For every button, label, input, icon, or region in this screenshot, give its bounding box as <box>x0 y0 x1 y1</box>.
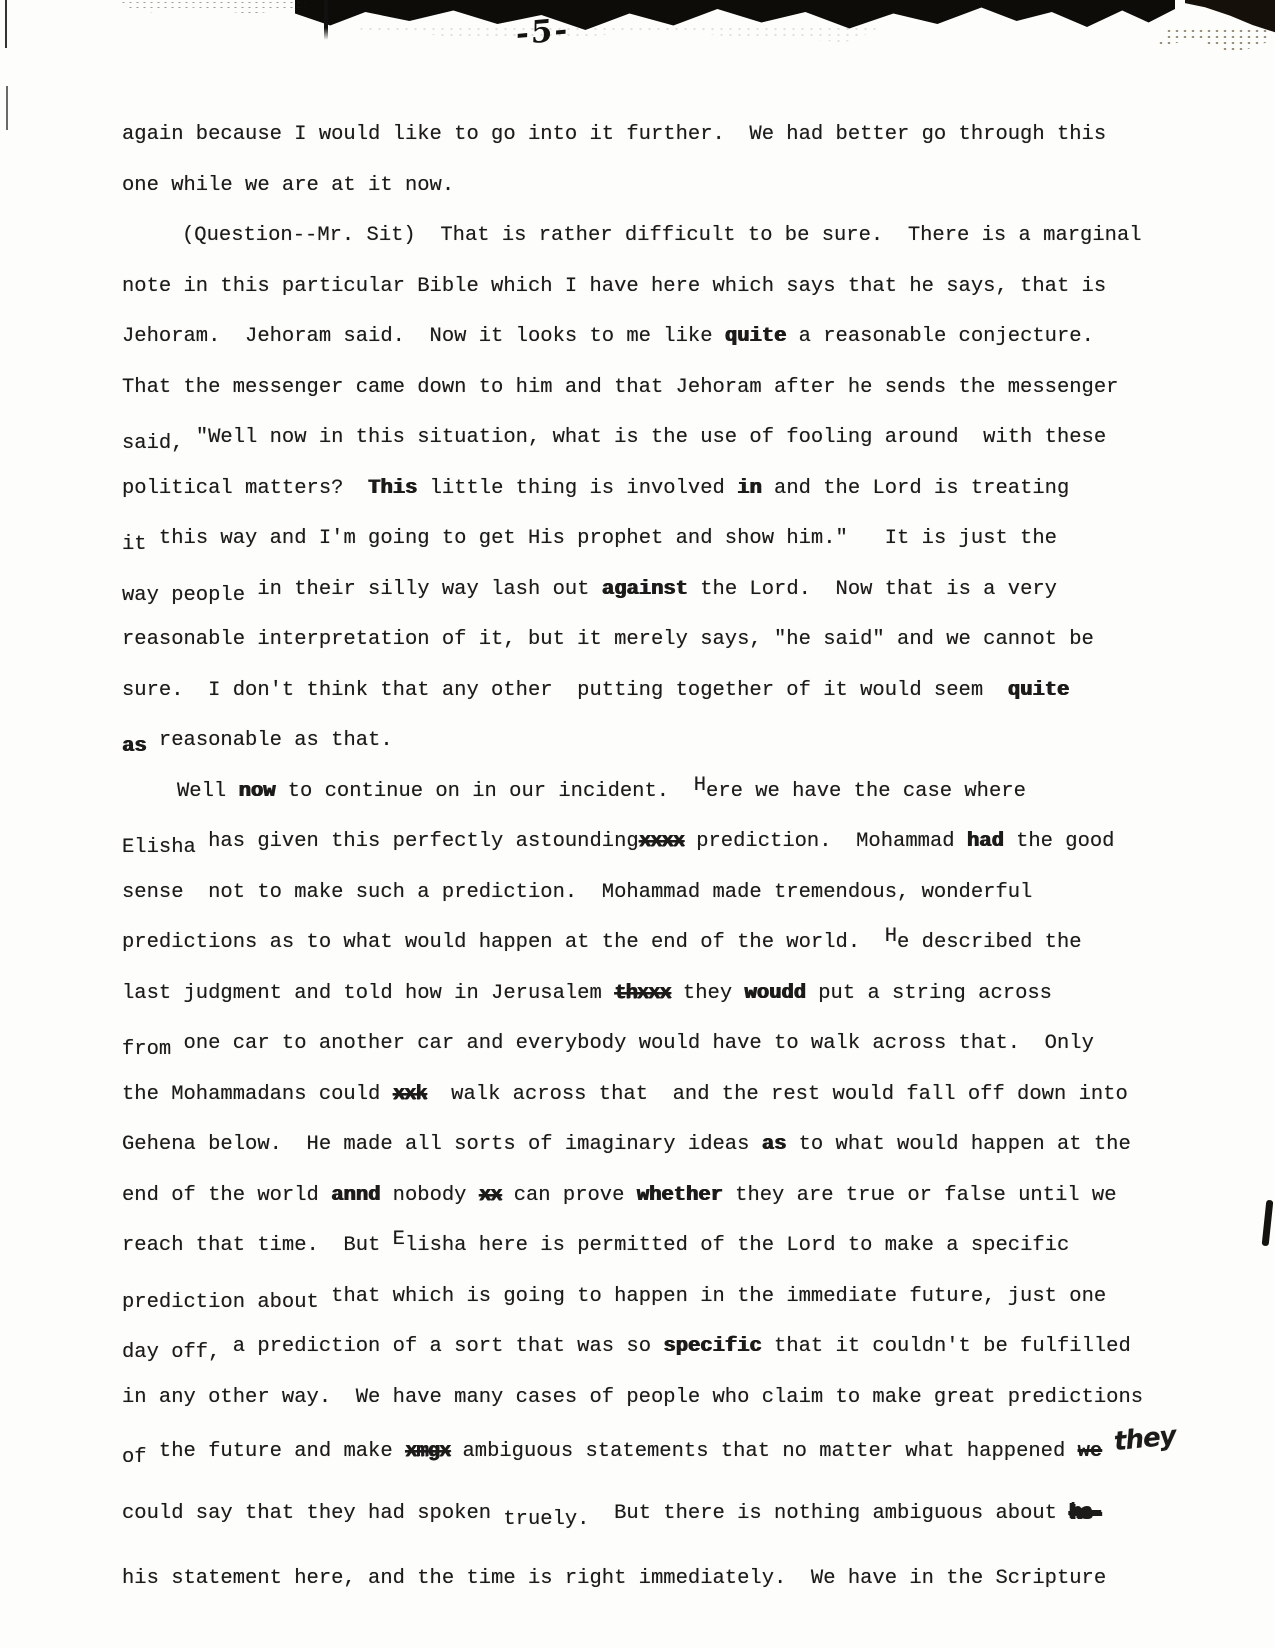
typescript-line: sense not to make such a prediction. Moh… <box>122 868 1242 919</box>
text-segment: walk across that and the rest would fall… <box>427 1083 1128 1106</box>
typescript-line: predictions as to what would happen at t… <box>122 918 1242 969</box>
text-segment: truely. <box>503 1508 589 1531</box>
text-segment: lisha here is permitted of the Lord to m… <box>405 1234 1069 1257</box>
scan-artifact-corner-fringe <box>1157 28 1267 54</box>
typescript-line: from one car to another car and everybod… <box>122 1019 1242 1070</box>
typescript-line: sure. I don't think that any other putti… <box>122 666 1242 717</box>
typescript-line: way people in their silly way lash out a… <box>122 565 1242 616</box>
typescript-line: the Mohammadans could xxk walk across th… <box>122 1070 1242 1121</box>
scan-artifact-speckle-left <box>120 0 305 14</box>
text-segment: nobody <box>380 1184 478 1207</box>
overstruck-text: This <box>368 477 417 500</box>
text-segment: ambiguous statements that no matter what… <box>450 1440 1077 1463</box>
overstruck-text: specific <box>663 1335 761 1358</box>
text-segment: Elisha <box>122 836 196 859</box>
overstruck-text: now <box>239 780 276 803</box>
text-segment: one while we are at it now. <box>122 174 454 197</box>
typescript-line: last judgment and told how in Jerusalem … <box>122 969 1242 1020</box>
text-segment: this way and I'm going to get His prophe… <box>147 527 1057 550</box>
typescript-line: end of the world annd nobody xx can prov… <box>122 1171 1242 1222</box>
text-segment: has given this perfectly astounding <box>196 830 639 853</box>
struck-out-text: xxxx <box>639 830 684 853</box>
overstruck-text: had <box>967 830 1004 853</box>
text-segment: from <box>122 1038 171 1061</box>
struck-out-text: xmgx <box>405 1440 450 1463</box>
paragraph: again because I would like to go into it… <box>122 110 1242 211</box>
text-segment: That the messenger came down to him and … <box>122 376 1118 399</box>
handwritten-correction: they <box>1111 1411 1177 1468</box>
typescript-line: Elisha has given this perfectly astoundi… <box>122 817 1242 868</box>
text-segment: reasonable interpretation of it, but it … <box>122 628 1094 651</box>
text-segment: a reasonable conjecture. <box>786 325 1094 348</box>
text-segment: it <box>122 533 147 556</box>
text-segment: of <box>122 1446 147 1469</box>
text-segment: Jehoram. Jehoram said. Now it looks to m… <box>122 325 725 348</box>
overstruck-text: as <box>122 735 147 758</box>
struck-out-text: xxk <box>393 1083 427 1106</box>
text-segment: and the Lord is treating <box>762 477 1070 500</box>
struck-out-text: thxxx <box>614 982 671 1005</box>
text-segment: could say that they had spoken <box>122 1502 503 1525</box>
typescript-line: of the future and make xmgx ambiguous st… <box>122 1423 1242 1474</box>
text-segment: in any other way. We have many cases of … <box>122 1386 1143 1409</box>
text-segment: they <box>671 982 745 1005</box>
text-segment: prediction. Mohammad <box>684 830 967 853</box>
text-segment: ere we have the case where <box>706 780 1026 803</box>
text-segment: H <box>694 774 706 797</box>
text-segment: that which is going to happen in the imm… <box>319 1285 1106 1308</box>
text-segment: reasonable as that. <box>147 729 393 752</box>
text-segment: said, <box>122 432 184 455</box>
typescript-line: (Question--Mr. Sit) That is rather diffi… <box>122 211 1242 262</box>
text-segment: that it couldn't be fulfilled <box>762 1335 1131 1358</box>
scan-artifact-right-edge-mark <box>1262 1200 1274 1246</box>
typescript-line: his statement here, and the time is righ… <box>122 1554 1242 1605</box>
text-segment: prediction about <box>122 1291 319 1314</box>
typescript-line: prediction about that which is going to … <box>122 1272 1242 1323</box>
text-segment: again because I would like to go into it… <box>122 123 1106 146</box>
text-segment: one car to another car and everybody wou… <box>171 1032 1094 1055</box>
overstruck-text: quite <box>1008 679 1070 702</box>
text-segment: "Well now in this situation, what is the… <box>184 426 1107 449</box>
text-segment: sense not to make such a prediction. Moh… <box>122 881 1032 904</box>
text-segment: a prediction of a sort that was so <box>220 1335 663 1358</box>
typescript: again because I would like to go into it… <box>122 110 1242 1605</box>
text-segment <box>1102 1440 1114 1463</box>
scan-artifact-corner-wedge <box>1150 0 1275 52</box>
text-segment: to continue on in our incident. <box>275 780 693 803</box>
text-segment: the future and make <box>147 1440 405 1463</box>
typescript-line: Well now to continue on in our incident.… <box>122 767 1242 818</box>
text-segment: way people <box>122 584 245 607</box>
struck-out-text: hs- <box>1069 1502 1100 1525</box>
text-segment: Well <box>177 780 239 803</box>
overstruck-text: whether <box>637 1184 723 1207</box>
typescript-line: could say that they had spoken truely. B… <box>122 1489 1242 1540</box>
overstruck-text: in <box>737 477 762 500</box>
text-segment: put a string across <box>806 982 1052 1005</box>
typescript-line: day off, a prediction of a sort that was… <box>122 1322 1242 1373</box>
text-segment: the Lord. Now that is a very <box>688 578 1057 601</box>
text-segment: (Question--Mr. Sit) That is rather diffi… <box>182 224 1142 247</box>
paragraph: (Question--Mr. Sit) That is rather diffi… <box>122 211 1242 767</box>
text-segment: Gehena below. He made all sorts of imagi… <box>122 1133 762 1156</box>
scan-artifact-left-edge-tick <box>6 86 8 130</box>
typescript-line: Jehoram. Jehoram said. Now it looks to m… <box>122 312 1242 363</box>
paragraph: Well now to continue on in our incident.… <box>122 767 1242 1605</box>
scan-artifact-speckle-mid <box>330 26 890 42</box>
text-segment: E <box>393 1228 405 1251</box>
text-segment: end of the world <box>122 1184 331 1207</box>
typescript-line: again because I would like to go into it… <box>122 110 1242 161</box>
text-segment: sure. I don't think that any other putti… <box>122 679 1008 702</box>
overstruck-text: annd <box>331 1184 380 1207</box>
typescript-line: Gehena below. He made all sorts of imagi… <box>122 1120 1242 1171</box>
text-segment: can prove <box>501 1184 636 1207</box>
typescript-line: note in this particular Bible which I ha… <box>122 262 1242 313</box>
typescript-line: said, "Well now in this situation, what … <box>122 413 1242 464</box>
scan-artifact-left-edge-line <box>5 0 7 48</box>
page-number: -5- <box>516 12 570 53</box>
overstruck-text: quite <box>725 325 787 348</box>
typescript-line: reach that time. But Elisha here is perm… <box>122 1221 1242 1272</box>
text-segment: predictions as to what would happen at t… <box>122 931 885 954</box>
text-segment: But there is nothing ambiguous about <box>590 1502 1070 1525</box>
text-segment: e described the <box>897 931 1082 954</box>
typescript-line: in any other way. We have many cases of … <box>122 1373 1242 1424</box>
overstruck-text: as <box>762 1133 787 1156</box>
scan-artifact-top-band <box>295 0 1175 30</box>
text-segment: reach that time. But <box>122 1234 393 1257</box>
text-segment: little thing is involved <box>417 477 737 500</box>
text-segment: to what would happen at the <box>786 1133 1130 1156</box>
typescript-line: one while we are at it now. <box>122 161 1242 212</box>
struck-out-text: xx <box>479 1184 502 1207</box>
text-segment: note in this particular Bible which I ha… <box>122 275 1106 298</box>
overstruck-text: against <box>602 578 688 601</box>
text-segment: the good <box>1004 830 1115 853</box>
overstruck-text: woudd <box>744 982 806 1005</box>
text-segment: in their silly way lash out <box>245 578 602 601</box>
typescript-line: it this way and I'm going to get His pro… <box>122 514 1242 565</box>
typescript-line: reasonable interpretation of it, but it … <box>122 615 1242 666</box>
text-segment: day off, <box>122 1341 220 1364</box>
typescript-line: as reasonable as that. <box>122 716 1242 767</box>
text-segment: the Mohammadans could <box>122 1083 393 1106</box>
scan-artifact-ink-drip <box>324 0 328 40</box>
text-segment: political matters? <box>122 477 368 500</box>
text-segment: last judgment and told how in Jerusalem <box>122 982 614 1005</box>
text-segment: H <box>885 925 897 948</box>
struck-out-text: we <box>1078 1440 1103 1463</box>
typescript-line: That the messenger came down to him and … <box>122 363 1242 414</box>
text-segment: they are true or false until we <box>723 1184 1117 1207</box>
text-segment: his statement here, and the time is righ… <box>122 1567 1106 1590</box>
typescript-line: political matters? This little thing is … <box>122 464 1242 515</box>
scanned-typescript-page: -5- again because I would like to go int… <box>0 0 1275 1648</box>
